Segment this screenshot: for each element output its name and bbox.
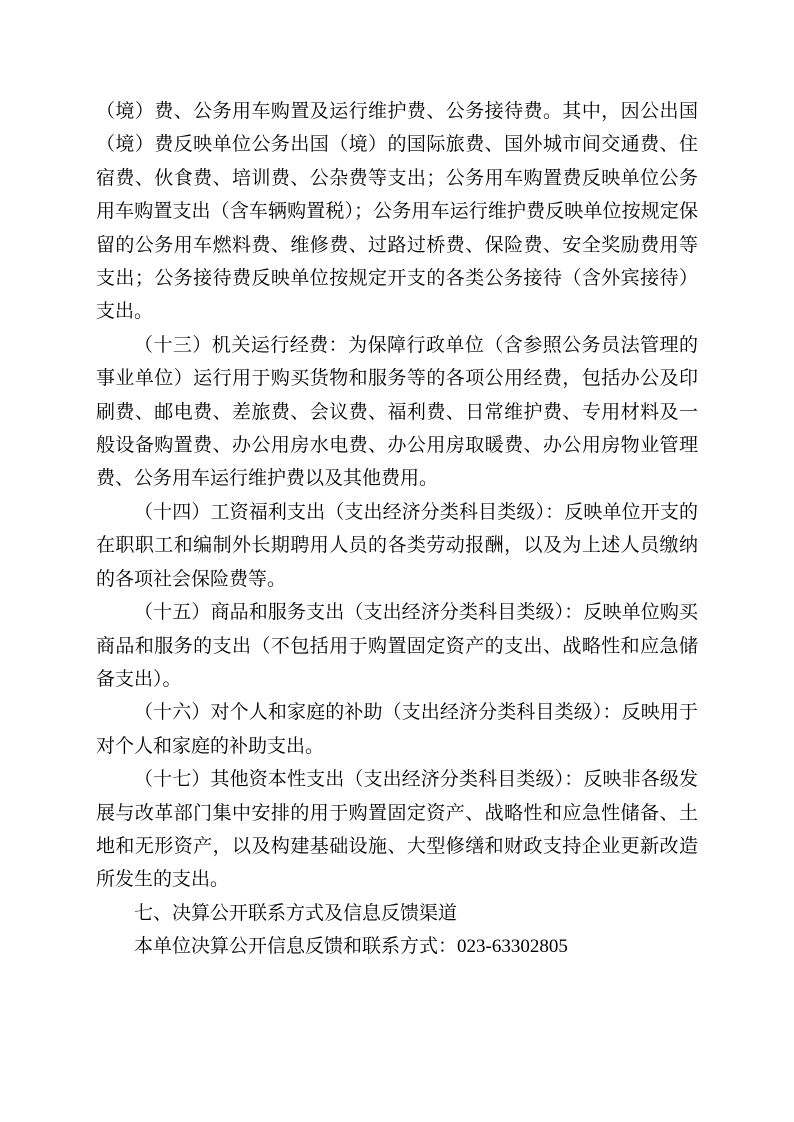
document-page: （境）费、公务用车购置及运行维护费、公务接待费。其中，因公出国（境）费反映单位公… [0, 0, 794, 1122]
paragraph-item-15: （十五）商品和服务支出（支出经济分类科目类级）：反映单位购买商品和服务的支出（不… [96, 596, 698, 696]
paragraph-item-16: （十六）对个人和家庭的补助（支出经济分类科目类级）：反映用于对个人和家庭的补助支… [96, 696, 698, 763]
paragraph-item-13: （十三）机关运行经费：为保障行政单位（含参照公务员法管理的事业单位）运行用于购买… [96, 329, 698, 496]
contact-label: 本单位决算公开信息反馈和联系方式： [134, 936, 457, 957]
contact-line: 本单位决算公开信息反馈和联系方式：023-63302805 [96, 930, 698, 963]
paragraph-continuation: （境）费、公务用车购置及运行维护费、公务接待费。其中，因公出国（境）费反映单位公… [96, 95, 698, 329]
paragraph-item-17: （十七）其他资本性支出（支出经济分类科目类级）：反映非各级发展与改革部门集中安排… [96, 763, 698, 897]
section-heading: 七、决算公开联系方式及信息反馈渠道 [96, 897, 698, 930]
contact-phone: 023-63302805 [457, 936, 568, 957]
paragraph-item-14: （十四）工资福利支出（支出经济分类科目类级）：反映单位开支的在职职工和编制外长期… [96, 496, 698, 596]
